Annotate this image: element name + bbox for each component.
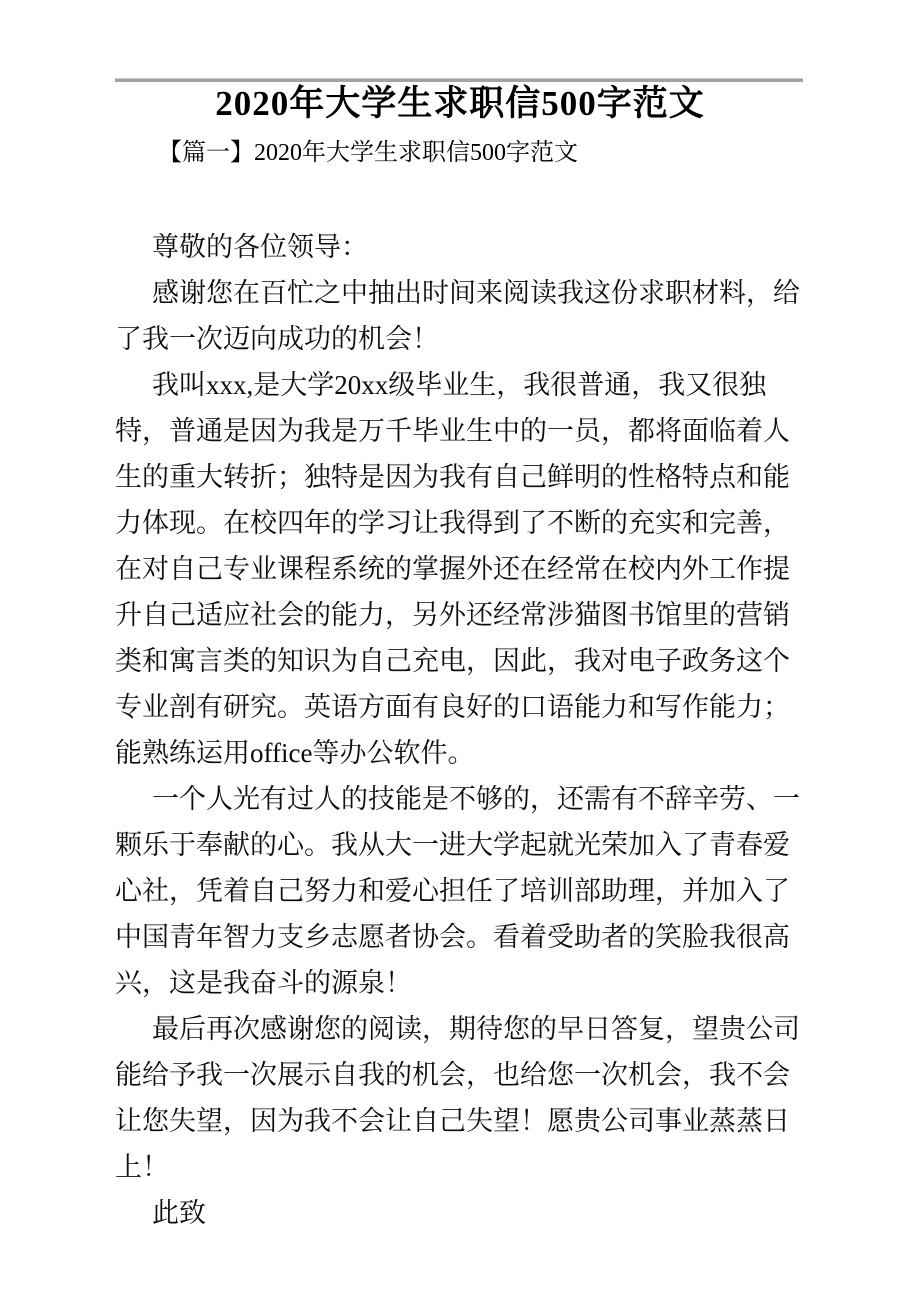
paragraph-salutation: 尊敬的各位领导： (115, 224, 805, 270)
document-page: 2020年大学生求职信500字范文 【篇一】2020年大学生求职信500字范文 … (0, 0, 920, 1301)
paragraph: 最后再次感谢您的阅读，期待您的早日答复，望贵公司能给予我一次展示自我的机会，也给… (115, 1006, 805, 1190)
paragraph: 我叫xxx,是大学20xx级毕业生，我很普通，我又很独特，普通是因为我是万千毕业… (115, 362, 805, 776)
paragraph-closing: 此致 (115, 1190, 805, 1236)
paragraph: 一个人光有过人的技能是不够的，还需有不辞辛劳、一颗乐于奉献的心。我从大一进大学起… (115, 776, 805, 1006)
document-title: 2020年大学生求职信500字范文 (115, 82, 805, 126)
letter-body: 尊敬的各位领导： 感谢您在百忙之中抽出时间来阅读我这份求职材料，给了我一次迈向成… (115, 224, 805, 1236)
section-heading: 【篇一】2020年大学生求职信500字范文 (158, 136, 578, 170)
paragraph: 感谢您在百忙之中抽出时间来阅读我这份求职材料，给了我一次迈向成功的机会！ (115, 270, 805, 362)
